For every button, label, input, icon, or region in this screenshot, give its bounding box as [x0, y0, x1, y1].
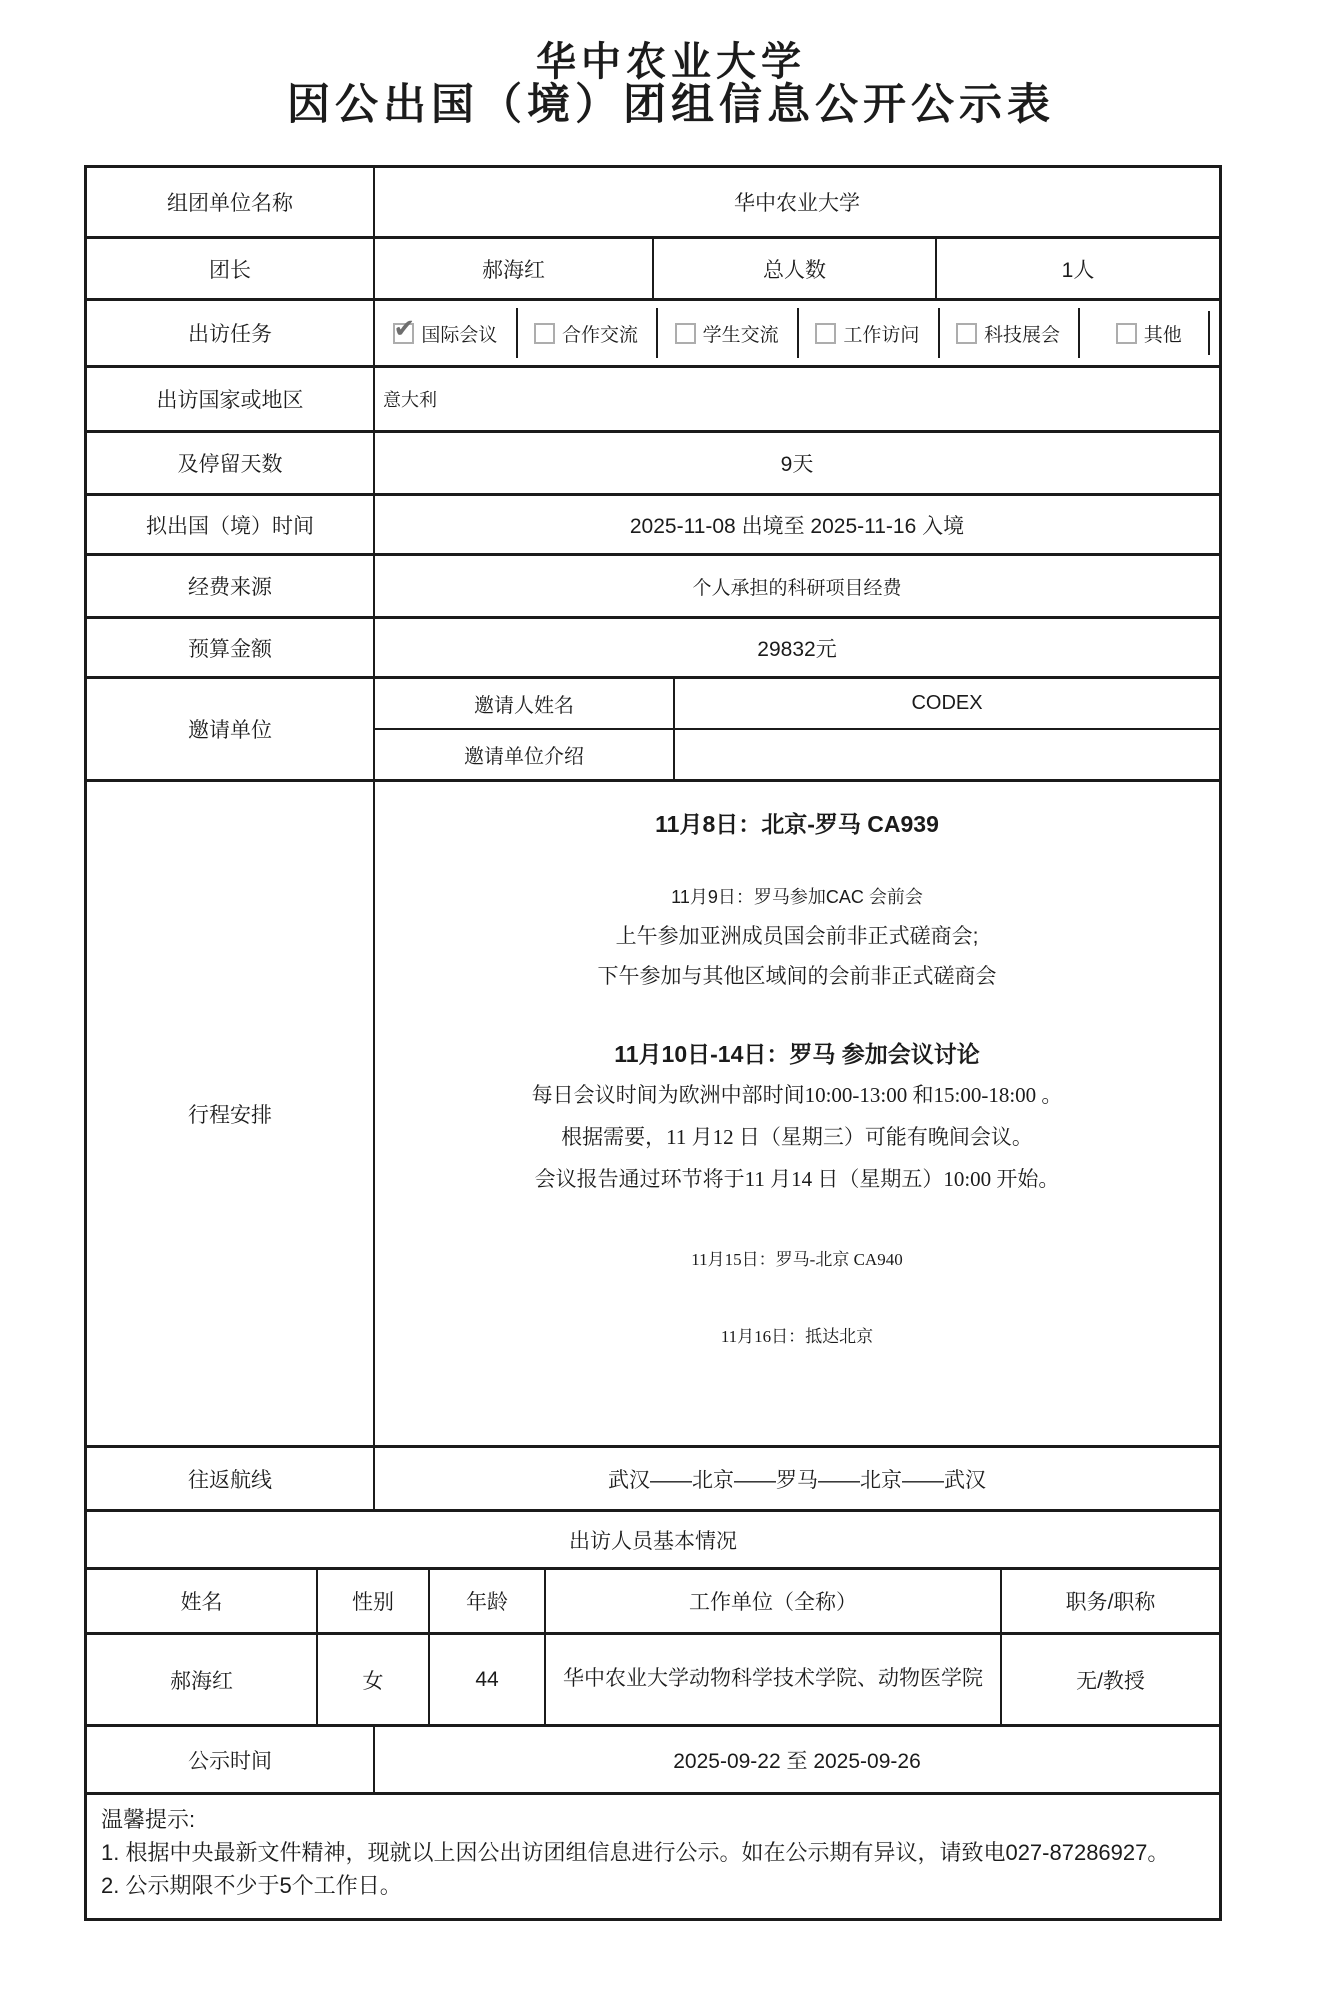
- personnel-gender: 女: [316, 1635, 428, 1724]
- inviter-name-label: 邀请人姓名: [375, 679, 673, 728]
- checkbox-unchecked-icon[interactable]: [815, 323, 836, 344]
- row-personnel-section: 出访人员基本情况: [87, 1509, 1219, 1567]
- inviter-name-value: CODEX: [673, 679, 1219, 728]
- checkbox-unchecked-icon[interactable]: [675, 323, 696, 344]
- table-divider: [1208, 311, 1210, 356]
- personnel-header-title: 职务/职称: [1000, 1570, 1219, 1632]
- itinerary-line: 每日会议时间为欧洲中部时间10:00-13:00 和15:00-18:00 。: [532, 1082, 1063, 1109]
- row-publicity-time: 公示时间 2025-09-22 至 2025-09-26: [87, 1724, 1219, 1792]
- personnel-header-gender: 性别: [316, 1570, 428, 1632]
- personnel-header-name: 姓名: [87, 1570, 316, 1632]
- main-table: 组团单位名称 华中农业大学 团长 郝海红 总人数 1人 出访任务 ✔ 国际会议 …: [84, 165, 1222, 1795]
- notes-box: 温馨提示: 1. 根据中央最新文件精神，现就以上因公出访团组信息进行公示。如在公…: [84, 1792, 1222, 1921]
- personnel-age: 44: [428, 1635, 544, 1724]
- checkbox-unchecked-icon[interactable]: [534, 323, 555, 344]
- task-option-label: 国际会议: [421, 320, 497, 347]
- leader-value: 郝海红: [373, 239, 652, 298]
- row-travel-time: 拟出国（境）时间 2025-11-08 出境至 2025-11-16 入境: [87, 493, 1219, 553]
- organizer-value: 华中农业大学: [373, 168, 1219, 236]
- row-tasks: 出访任务 ✔ 国际会议 合作交流 学生交流 工作访问: [87, 298, 1219, 365]
- task-option-international-conference: ✔ 国际会议: [375, 301, 516, 365]
- row-country: 出访国家或地区 意大利: [87, 365, 1219, 430]
- inviter-intro-value: [673, 730, 1219, 779]
- route-value: 武汉——北京——罗马——北京——武汉: [373, 1448, 1219, 1509]
- tasks-options: ✔ 国际会议 合作交流 学生交流 工作访问 科技展会: [373, 301, 1219, 365]
- personnel-workunit: 华中农业大学动物科学技术学院、动物医学院: [544, 1635, 1000, 1724]
- row-organizer: 组团单位名称 华中农业大学: [87, 168, 1219, 236]
- task-option-label: 合作交流: [562, 320, 638, 347]
- task-option-label: 科技展会: [984, 320, 1060, 347]
- itinerary-content: 11月8日：北京-罗马 CA939 11月9日：罗马参加CAC 会前会 上午参加…: [373, 782, 1219, 1445]
- route-label: 往返航线: [87, 1448, 373, 1509]
- itinerary-line: 11月16日：抵达北京: [721, 1326, 873, 1348]
- row-itinerary: 行程安排 11月8日：北京-罗马 CA939 11月9日：罗马参加CAC 会前会…: [87, 779, 1219, 1445]
- row-inviter: 邀请单位 邀请人姓名 CODEX 邀请单位介绍: [87, 676, 1219, 779]
- checkbox-checked-icon[interactable]: ✔: [393, 323, 414, 344]
- task-option-work-visit: 工作访问: [797, 301, 938, 365]
- tasks-label: 出访任务: [87, 301, 373, 365]
- notes-title: 温馨提示:: [101, 1803, 1205, 1836]
- title-line-form-name: 因公出国（境）团组信息公开公示表: [0, 84, 1342, 128]
- task-option-other: 其他: [1078, 301, 1219, 365]
- itinerary-line: 根据需要，11 月12 日（星期三）可能有晚间会议。: [561, 1124, 1033, 1151]
- task-option-student-exchange: 学生交流: [656, 301, 797, 365]
- task-option-label: 其他: [1144, 320, 1182, 347]
- travel-time-value: 2025-11-08 出境至 2025-11-16 入境: [373, 496, 1219, 553]
- travel-time-label: 拟出国（境）时间: [87, 496, 373, 553]
- task-option-label: 工作访问: [843, 320, 919, 347]
- notes-item-2: 2. 公示期限不少于5个工作日。: [101, 1869, 1205, 1902]
- row-budget: 预算金额 29832元: [87, 616, 1219, 676]
- funding-value: 个人承担的科研项目经费: [373, 556, 1219, 616]
- budget-label: 预算金额: [87, 619, 373, 676]
- personnel-section-title: 出访人员基本情况: [87, 1512, 1219, 1567]
- personnel-header-row: 姓名 性别 年龄 工作单位（全称） 职务/职称: [87, 1567, 1219, 1632]
- title-line-university: 华中农业大学: [0, 42, 1342, 83]
- country-value: 意大利: [373, 368, 1219, 430]
- row-leader: 团长 郝海红 总人数 1人: [87, 236, 1219, 298]
- publicity-time-label: 公示时间: [87, 1727, 373, 1792]
- itinerary-line: 会议报告通过环节将于11 月14 日（星期五）10:00 开始。: [535, 1166, 1060, 1193]
- publicity-time-value: 2025-09-22 至 2025-09-26: [373, 1727, 1219, 1792]
- row-route: 往返航线 武汉——北京——罗马——北京——武汉: [87, 1445, 1219, 1509]
- notes-item-1: 1. 根据中央最新文件精神，现就以上因公出访团组信息进行公示。如在公示期有异议，…: [101, 1836, 1205, 1869]
- checkbox-unchecked-icon[interactable]: [956, 323, 977, 344]
- inviter-subtable: 邀请人姓名 CODEX 邀请单位介绍: [373, 679, 1219, 779]
- task-option-tech-expo: 科技展会: [938, 301, 1079, 365]
- leader-label: 团长: [87, 239, 373, 298]
- inviter-name-row: 邀请人姓名 CODEX: [375, 679, 1219, 728]
- task-option-label: 学生交流: [703, 320, 779, 347]
- personnel-header-workunit: 工作单位（全称）: [544, 1570, 1000, 1632]
- itinerary-line: 11月8日：北京-罗马 CA939: [655, 810, 939, 840]
- organizer-label: 组团单位名称: [87, 168, 373, 236]
- budget-value: 29832元: [373, 619, 1219, 676]
- personnel-name: 郝海红: [87, 1635, 316, 1724]
- itinerary-line: 上午参加亚洲成员国会前非正式磋商会;: [616, 923, 979, 950]
- checkbox-unchecked-icon[interactable]: [1116, 323, 1137, 344]
- total-value: 1人: [935, 239, 1219, 298]
- funding-label: 经费来源: [87, 556, 373, 616]
- itinerary-line: 11月10日-14日：罗马 参加会议讨论: [614, 1040, 980, 1070]
- checkmark-icon: ✔: [393, 315, 415, 341]
- inviter-label: 邀请单位: [87, 679, 373, 779]
- itinerary-line: 11月15日：罗马-北京 CA940: [691, 1249, 902, 1271]
- country-label: 出访国家或地区: [87, 368, 373, 430]
- document-title: 华中农业大学 因公出国（境）团组信息公开公示表: [0, 0, 1342, 128]
- stay-days-label: 及停留天数: [87, 433, 373, 493]
- stay-days-value: 9天: [373, 433, 1219, 493]
- task-option-cooperation-exchange: 合作交流: [516, 301, 657, 365]
- total-label: 总人数: [652, 239, 935, 298]
- itinerary-line: 11月9日：罗马参加CAC 会前会: [671, 886, 923, 909]
- personnel-data-row: 郝海红 女 44 华中农业大学动物科学技术学院、动物医学院 无/教授: [87, 1632, 1219, 1724]
- row-stay-days: 及停留天数 9天: [87, 430, 1219, 493]
- personnel-header-age: 年龄: [428, 1570, 544, 1632]
- inviter-intro-row: 邀请单位介绍: [375, 728, 1219, 779]
- personnel-title: 无/教授: [1000, 1635, 1219, 1724]
- itinerary-label: 行程安排: [87, 782, 373, 1445]
- row-funding: 经费来源 个人承担的科研项目经费: [87, 553, 1219, 616]
- document-page: 华中农业大学 因公出国（境）团组信息公开公示表 组团单位名称 华中农业大学 团长…: [0, 0, 1342, 2013]
- itinerary-line: 下午参加与其他区域间的会前非正式磋商会: [598, 963, 997, 990]
- inviter-intro-label: 邀请单位介绍: [375, 730, 673, 779]
